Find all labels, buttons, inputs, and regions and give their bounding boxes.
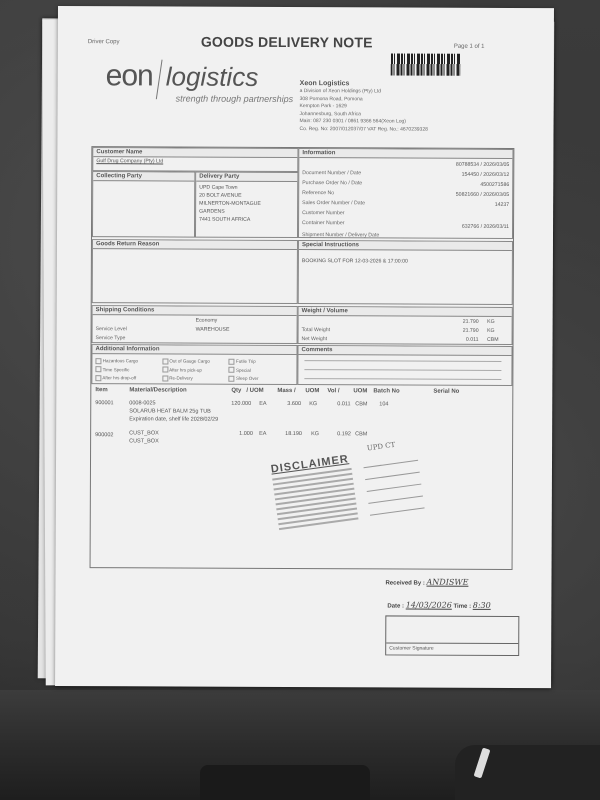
page-number: Page 1 of 1: [454, 44, 485, 50]
collecting-party-label: Collecting Party: [93, 172, 194, 181]
shipping-value: WAREHOUSE: [196, 327, 294, 333]
volume-value: 0.011: [466, 337, 479, 343]
checkbox[interactable]: [229, 376, 235, 382]
shipping-conditions-section: Shipping Conditions Service LevelEconomy…: [92, 305, 298, 344]
received-by: Received By : ANDISWE: [385, 577, 468, 586]
table-row: 900001 0008-0025 SOLARUB HEAT BALM 25g T…: [91, 397, 512, 431]
col-vol-uom: UOM: [353, 388, 367, 394]
col-mass: Mass /: [277, 388, 295, 394]
option-label: Time Specific: [103, 367, 130, 372]
delivery-party-label: Delivery Party: [196, 173, 297, 182]
vol-uom: CBM: [355, 400, 367, 408]
qty: 1.000: [239, 430, 253, 438]
logo-text-logistics: logistics: [166, 61, 259, 91]
option-label: Out of Gauge Cargo: [169, 358, 210, 363]
option-label: Re-Delivery: [169, 375, 193, 380]
col-uom: / UOM: [246, 388, 263, 394]
received-by-value[interactable]: ANDISWE: [427, 578, 469, 587]
col-material: Material/Description: [129, 387, 186, 393]
date-time: Date : 14/03/2026 Time : 8:30: [387, 600, 490, 609]
customer-signature-box[interactable]: Customer Signature: [385, 615, 519, 656]
shipping-conditions-label: Shipping Conditions: [93, 306, 297, 316]
qty: 120.000: [231, 400, 251, 408]
disclaimer-stamp: DISCLAIMER UPD CT: [270, 444, 429, 543]
option-label: After hrs pick-up: [169, 367, 202, 372]
uom: EA: [259, 400, 266, 408]
logo-text-eon: eon: [106, 59, 153, 92]
col-serial: Serial No: [433, 389, 459, 395]
checkbox[interactable]: [95, 366, 101, 372]
weight-volume-section: Weight / Volume Total Weight21.790KG Net…: [298, 306, 513, 345]
collecting-party-section: Collecting Party: [92, 171, 195, 237]
information-label: Information: [299, 149, 512, 159]
received-by-label: Received By :: [385, 580, 424, 586]
items-table: Item Material/Description Qty / UOM Mass…: [91, 387, 512, 451]
additional-information-label: Additional Information: [92, 345, 296, 355]
info-value: 14237: [495, 202, 509, 208]
option-time-specific[interactable]: Time Specific: [95, 366, 162, 375]
additional-information-section: Additional Information Hazardous Cargo O…: [91, 344, 297, 385]
comments-label: Comments: [298, 346, 511, 356]
option-label: Special: [236, 367, 251, 372]
weight-unit: KG: [487, 328, 495, 334]
uom: EA: [259, 430, 266, 438]
mass-uom: KG: [309, 400, 317, 408]
barcode: [391, 53, 461, 75]
material-note: Expiration date, shelf life 2028/02/29: [129, 415, 218, 423]
batch: 104: [379, 400, 388, 408]
mass: 3.600: [287, 400, 301, 408]
date-label: Date :: [387, 603, 404, 609]
option-special[interactable]: Special: [229, 366, 296, 375]
vol-uom: CBM: [355, 430, 367, 438]
col-batch: Batch No: [373, 388, 399, 394]
seat-gap: [200, 765, 370, 800]
option-label: After hrs drop-off: [102, 375, 136, 380]
info-value: 632766 / 2026/03/11: [462, 224, 509, 230]
delivery-party-section: Delivery Party UPD Cape Town 20 BOLT AVE…: [195, 172, 298, 238]
address-line: Co. Reg. No: 2007/012037/07 VAT Reg. No.…: [299, 126, 427, 134]
col-mass-uom: UOM: [305, 388, 319, 394]
information-section: Information Document Number / Date807885…: [298, 148, 513, 239]
weight-unit: KG: [487, 319, 495, 325]
mass-uom: KG: [311, 430, 319, 438]
comments-section: Comments: [297, 345, 512, 386]
vol: 0.192: [337, 430, 351, 438]
delivery-note-page: Driver Copy GOODS DELIVERY NOTE Page 1 o…: [55, 6, 554, 688]
weight-volume-label: Weight / Volume: [299, 307, 512, 317]
document-title: GOODS DELIVERY NOTE: [201, 34, 373, 51]
mass: 18.190: [285, 430, 302, 438]
info-value: 50821660 / 2026/03/05: [456, 192, 509, 198]
option-futile-trip[interactable]: Futile Trip: [229, 358, 296, 367]
info-value: 80788534 / 2026/03/05: [456, 162, 509, 168]
checkbox[interactable]: [162, 358, 168, 364]
col-qty: Qty: [231, 388, 241, 394]
vol: 0.011: [337, 400, 350, 408]
company-address: Xeon Logistics a Division of Xeon Holdin…: [299, 79, 428, 134]
checkbox[interactable]: [95, 358, 101, 364]
info-label: Shipment Number / Delivery Date: [302, 232, 379, 238]
table-row: 900002 CUST_BOX CUST_BOX 1.000 EA 18.190…: [91, 429, 512, 451]
shipping-value: Economy: [196, 318, 294, 324]
customer-name: Gulf Drug Company (Pty) Ltd: [93, 157, 297, 166]
item-number: 900002: [95, 431, 113, 439]
option-sleep-over[interactable]: Sleep Over: [229, 375, 296, 384]
material-code: CUST_BOX: [129, 429, 159, 437]
checkbox[interactable]: [229, 359, 235, 365]
option-re-delivery[interactable]: Re-Delivery: [162, 374, 229, 383]
copy-label: Driver Copy: [88, 39, 120, 45]
time-value[interactable]: 8:30: [473, 601, 491, 610]
special-instructions-section: Special Instructions BOOKING SLOT FOR 12…: [298, 240, 513, 305]
info-value: 4500271586: [480, 182, 509, 188]
form-frame: Customer Name Gulf Drug Company (Pty) Lt…: [90, 146, 515, 570]
checkbox[interactable]: [95, 375, 101, 381]
col-vol: Vol /: [327, 388, 339, 394]
option-after-hrs-pickup[interactable]: After hrs pick-up: [162, 366, 229, 375]
option-label: Hazardous Cargo: [103, 358, 138, 363]
col-item: Item: [95, 387, 107, 393]
address-line: a Division of Xeon Holdings (Pty) Ltd: [300, 88, 428, 96]
customer-signature-label: Customer Signature: [389, 645, 433, 651]
info-value: 154450 / 2026/03/12: [462, 172, 510, 178]
checkbox[interactable]: [162, 367, 168, 373]
option-after-hrs-dropoff[interactable]: After hrs drop-off: [95, 374, 162, 383]
item-number: 900001: [95, 399, 113, 407]
weight-value: 21.790: [463, 319, 479, 325]
company-logo: eonlogistics strength through partnershi…: [106, 59, 259, 100]
weight-value: 21.790: [463, 328, 479, 334]
checkbox[interactable]: [229, 367, 235, 373]
material-description: CUST_BOX: [129, 437, 159, 445]
option-label: Sleep Over: [236, 376, 259, 381]
time-label: Time :: [453, 604, 471, 610]
goods-return-section: Goods Return Reason: [92, 239, 298, 304]
logo-divider: [156, 60, 163, 100]
checkbox[interactable]: [162, 375, 168, 381]
option-label: Futile Trip: [236, 359, 256, 364]
volume-unit: CBM: [487, 337, 499, 343]
customer-section: Customer Name Gulf Drug Company (Pty) Lt…: [92, 147, 298, 172]
option-out-of-gauge[interactable]: Out of Gauge Cargo: [162, 357, 229, 366]
address-line: Main: 087 230 0301 / 0861 9366 564(Xeon …: [299, 118, 427, 126]
option-hazardous-cargo[interactable]: Hazardous Cargo: [95, 357, 162, 366]
special-instructions-value: BOOKING SLOT FOR 12-03-2026 & 17:00:00: [299, 250, 512, 273]
goods-return-label: Goods Return Reason: [93, 240, 297, 250]
delivery-line: 7441 SOUTH AFRICA: [199, 216, 294, 224]
date-value[interactable]: 14/03/2026: [406, 601, 452, 610]
logo-tagline: strength through partnerships: [176, 94, 294, 105]
